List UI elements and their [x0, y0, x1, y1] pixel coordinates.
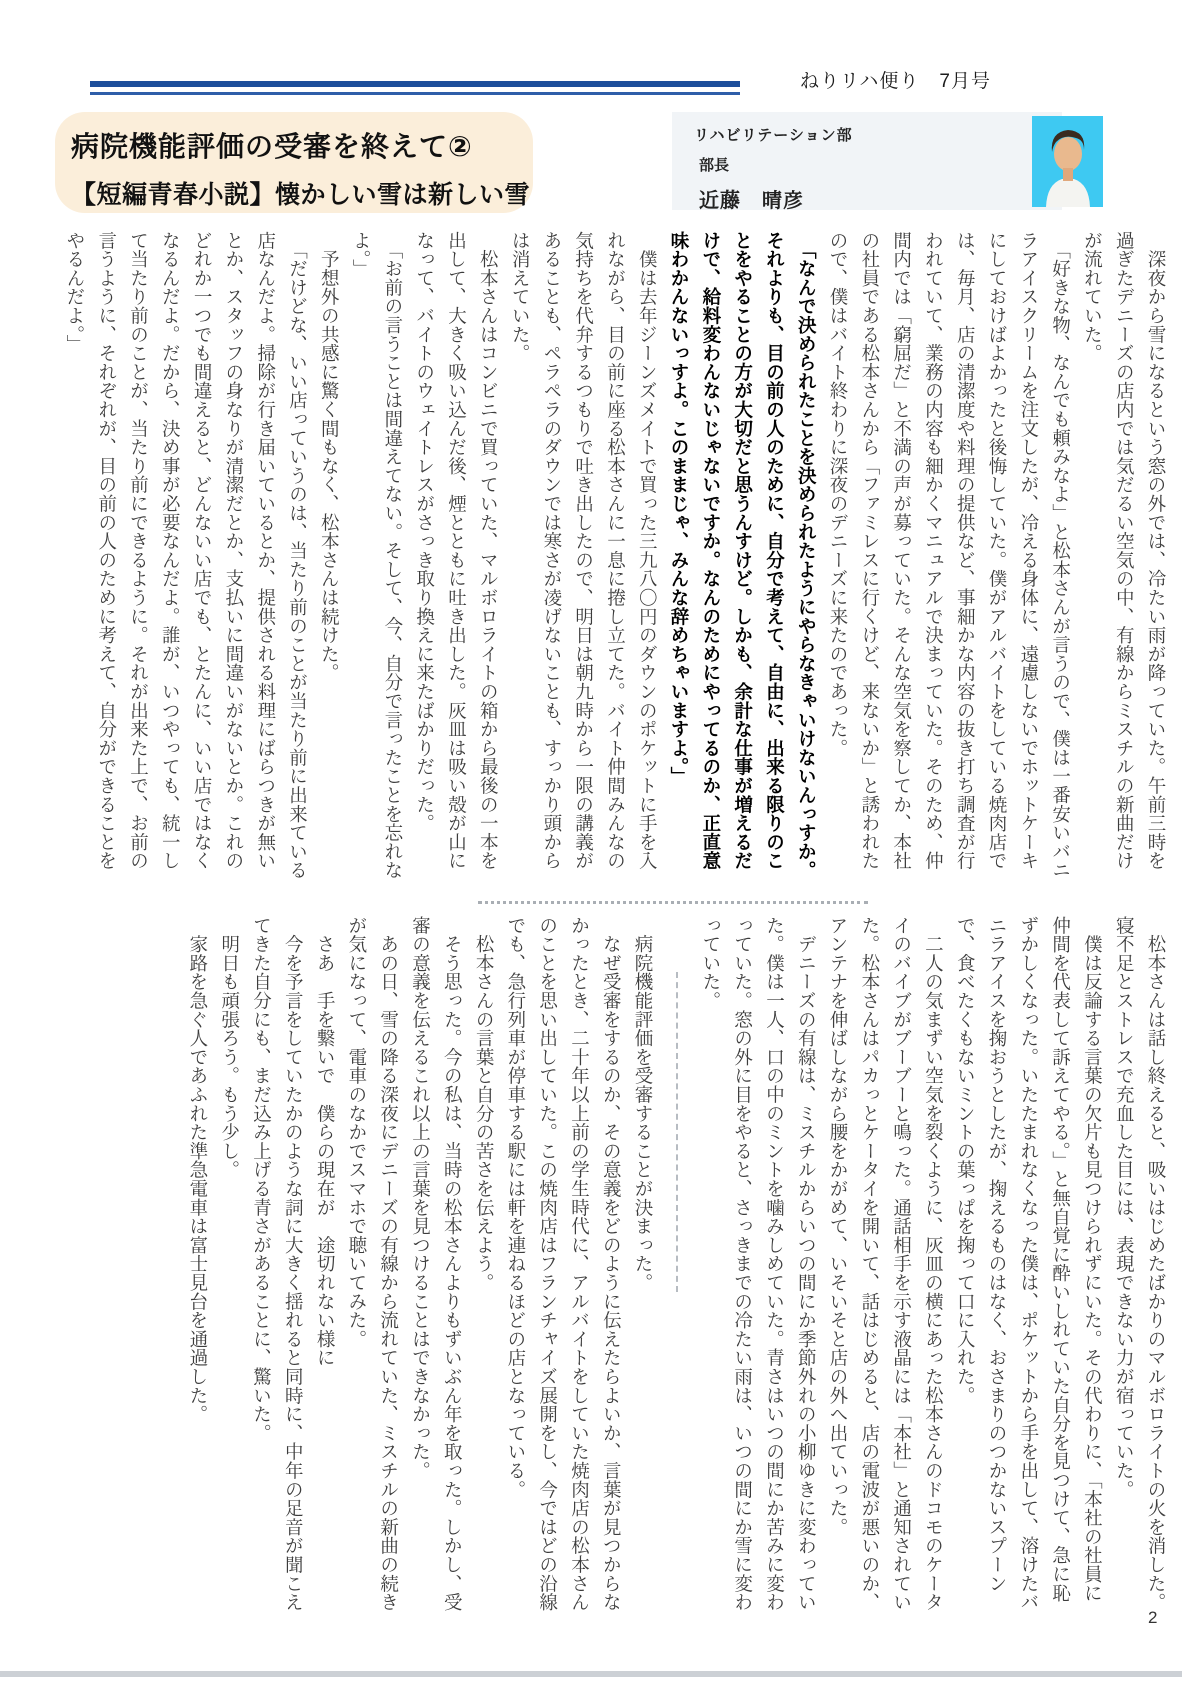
article-title-line2: 【短編青春小説】懐かしい雪は新しい雪: [71, 175, 519, 211]
story-paragraph: そう思った。今の私は、当時の松本さんよりもずいぶん年を取った。しかし、受審の意義…: [405, 916, 469, 1618]
story-paragraph: 「なんで決められたことを決められたようにやらなきゃいけないんっすか。それよりも、…: [663, 231, 822, 883]
story-paragraph: なぜ受審をするのか、その意義をどのように伝えたらよいか、言葉が見つからなかったと…: [500, 916, 627, 1618]
story-paragraph: 病院機能評価を受審することが決まった。: [627, 916, 659, 1618]
story-block-top: 深夜から雪になるという窓の外では、冷たい雨が降っていた。午前三時を過ぎたデニーズ…: [52, 231, 1172, 883]
dotted-section-separator: [478, 901, 868, 904]
header-rule-thin: [90, 92, 740, 95]
newsletter-page: ねりリハ便り 7月号 病院機能評価の受審を終えて② 【短編青春小説】懐かしい雪は…: [0, 0, 1182, 1681]
scene-divider-dashed-line: [676, 972, 678, 1292]
portrait-illustration: [1032, 116, 1103, 207]
story-paragraph: 明日も頑張ろう。もう少し。: [214, 916, 246, 1618]
page-number: 2: [1148, 1608, 1157, 1628]
story-paragraph: 僕は反論する言葉の欠片も見つけられずにいた。その代わりに、「本社の社員に仲間を代…: [949, 916, 1108, 1618]
story-block-bottom: 松本さんは話し終えると、吸いはじめたばかりのマルボロライトの火を消した。寝不足と…: [52, 916, 1172, 1618]
story-paragraph: さあ 手を繋いで 僕らの現在が 途切れない様に: [309, 916, 341, 1618]
story-paragraph: 「だけどな、いい店っていうのは、当たり前のことが当たり前に出来ている店なんだよ。…: [59, 231, 313, 883]
neck: [1063, 168, 1073, 181]
author-name: 近藤 晴彦: [694, 184, 1062, 213]
bottom-edge-bar: [0, 1671, 1182, 1677]
story-paragraph: 予想外の共感に驚く間もなく、松本さんは続けた。: [313, 231, 345, 883]
story-paragraph: 「お前の言うことは間違えてない。そして、今、自分で言ったことを忘れなよ。」: [345, 231, 409, 883]
story-paragraph: あの日、雪の降る深夜にデニーズの有線から流れていた、ミスチルの新曲の続きが気にな…: [341, 916, 405, 1618]
story-paragraph: デニーズの有線は、ミスチルからいつの間にか季節外れの小柳ゆきに変わっていた。僕は…: [695, 916, 822, 1618]
article-title-box: 病院機能評価の受審を終えて② 【短編青春小説】懐かしい雪は新しい雪: [55, 112, 533, 213]
story-paragraph: 松本さんはコンビニで買っていた、マルボロライトの箱から最後の一本を出して、大きく…: [409, 231, 504, 883]
header-rule-thick: [90, 81, 740, 87]
story-paragraph: 今を予言をしていたかのような詞に大きく揺れると同時に、中年の足音が聞こえてきた自…: [246, 916, 310, 1618]
author-portrait-photo: [1032, 116, 1103, 207]
author-box: リハビリテーション部 部長 近藤 晴彦: [672, 112, 1062, 210]
story-paragraph: 僕は去年ジーンズメイトで買った三九八〇円のダウンのポケットに手を入れながら、目の…: [504, 231, 663, 883]
story-paragraph: 二人の気まずい空気を裂くように、灰皿の横にあった松本さんのドコモのケータイのバイ…: [822, 916, 949, 1618]
masthead-issue-label: ねりリハ便り 7月号: [800, 66, 991, 93]
story-paragraph: 家路を急ぐ人であふれた準急電車は富士見台を通過した。: [182, 916, 214, 1618]
story-paragraph: 「好きな物、なんでも頼みなよ」と松本さんが言うので、僕は一番安いバニラアイスクリ…: [822, 231, 1076, 883]
face: [1054, 137, 1082, 171]
author-department: リハビリテーション部: [694, 124, 1062, 145]
story-paragraph: 深夜から雪になるという窓の外では、冷たい雨が降っていた。午前三時を過ぎたデニーズ…: [1077, 231, 1172, 883]
story-paragraph: 松本さんは話し終えると、吸いはじめたばかりのマルボロライトの火を消した。寝不足と…: [1108, 916, 1172, 1618]
author-job-title: 部長: [694, 154, 1062, 175]
story-paragraph: 松本さんの言葉と自分の苦さを伝えよう。: [468, 916, 500, 1618]
article-title-line1: 病院機能評価の受審を終えて②: [71, 125, 519, 165]
